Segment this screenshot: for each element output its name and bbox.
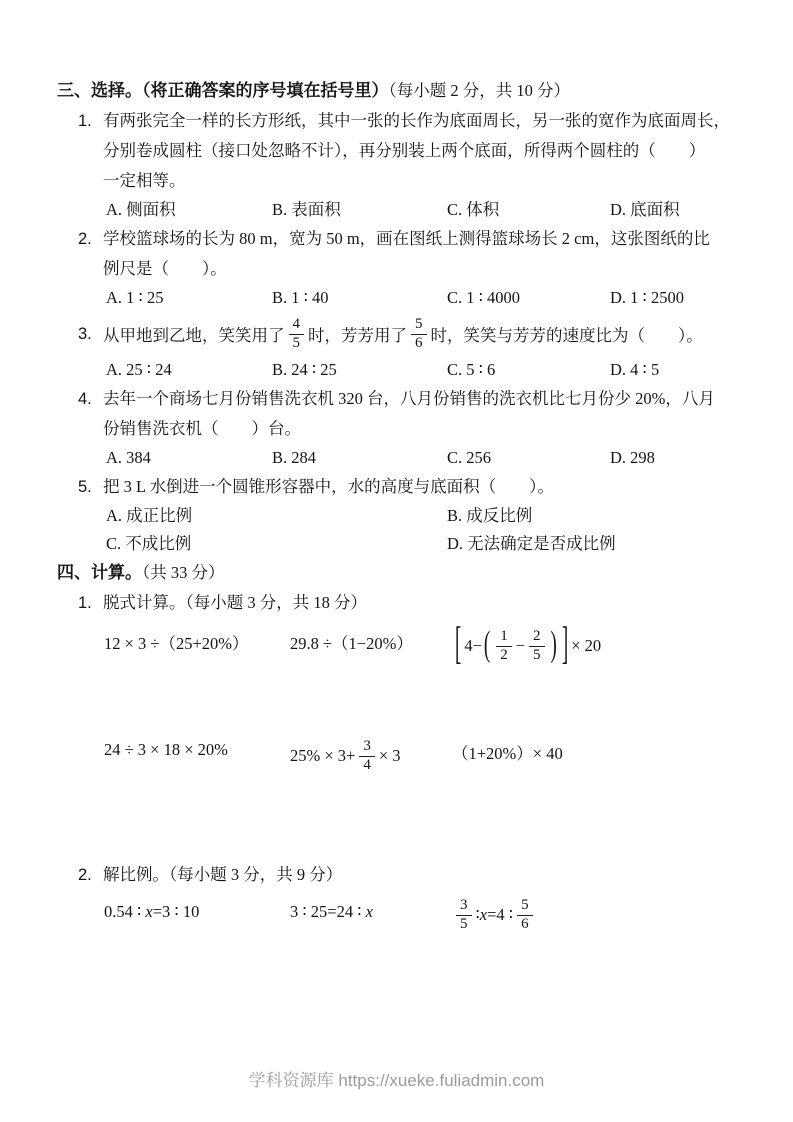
- calc-expressions-row-1: 12 × 3 ÷（25+20%） 29.8 ÷（1−20%） [ 4− ( 1 …: [0, 618, 793, 728]
- proportion-3-mid: =4 ∶: [487, 905, 513, 925]
- section-3-score-note: （每小题 2 分，共 10 分）: [389, 81, 571, 100]
- option-d: D. 298: [610, 444, 655, 472]
- option-d: D. 底面积: [610, 196, 680, 224]
- question-1: 1.有两张完全一样的长方形纸，其中一张的长作为底面周长，另一张的宽作为底面周长，…: [0, 106, 793, 224]
- option-c: C. 体积: [447, 196, 499, 224]
- fraction-4-5: 4 5: [289, 316, 305, 352]
- question-2: 2.学校篮球场的长为 80 m，宽为 50 m，画在图纸上测得篮球场长 2 cm…: [0, 224, 793, 312]
- option-a: A. 成正比例: [106, 502, 192, 530]
- subsection-2-title: 解比例。（每小题 3 分，共 9 分）: [103, 865, 342, 884]
- expression-5: 25% × 3+ 3 4 × 3: [290, 728, 401, 784]
- question-2-options: A. 1 ∶ 25 B. 1 ∶ 40 C. 1 ∶ 4000 D. 1 ∶ 2…: [0, 284, 793, 312]
- subsection-1-heading: 1.脱式计算。（每小题 3 分，共 18 分）: [0, 588, 793, 618]
- question-3-number: 3.: [78, 325, 103, 344]
- expression-3-tail: × 20: [571, 636, 601, 656]
- expression-3: [ 4− ( 1 2 − 2 5 ) ] × 20: [452, 618, 601, 674]
- question-3-text-3: 时，笑笑与芳芳的速度比为（ ）。: [431, 322, 703, 346]
- question-1-options: A. 侧面积 B. 表面积 C. 体积 D. 底面积: [0, 196, 793, 224]
- subsection-1-number: 1.: [78, 588, 103, 618]
- section-4-title: 四、计算。: [57, 563, 142, 582]
- question-3-line: 3. 从甲地到乙地，笑笑用了 4 5 时，芳芳用了 5 6 时，笑笑与芳芳的速度…: [0, 312, 793, 356]
- option-c: C. 1 ∶ 4000: [447, 284, 520, 312]
- expression-5-pre: 25% × 3+: [290, 746, 355, 766]
- question-1-line-2: 分别卷成圆柱（接口处忽略不计），再分别装上两个底面，所得两个圆柱的（ ）: [0, 136, 793, 166]
- question-1-line-3: 一定相等。: [0, 166, 793, 196]
- section-4-score-note: （共 33 分）: [142, 563, 225, 582]
- question-3-text-1: 从甲地到乙地，笑笑用了: [103, 322, 285, 346]
- question-5-text: 把 3 L 水倒进一个圆锥形容器中，水的高度与底面积（ ）。: [103, 477, 554, 496]
- proportion-1-post: =3 ∶ 10: [153, 902, 200, 921]
- section-3-title: 三、选择。（将正确答案的序号填在括号里）: [57, 81, 389, 100]
- subsection-2-heading: 2.解比例。（每小题 3 分，共 9 分）: [0, 860, 793, 890]
- option-d: D. 1 ∶ 2500: [610, 284, 684, 312]
- variable-x: x: [145, 902, 152, 921]
- minus-sign: −: [516, 636, 525, 656]
- proportion-2-pre: 3 ∶ 25=24 ∶: [290, 902, 366, 921]
- watermark-footer: 学科资源库 https://xueke.fuliadmin.com: [0, 1066, 793, 1091]
- option-b: B. 表面积: [272, 196, 341, 224]
- expression-1: 12 × 3 ÷（25+20%）: [104, 630, 249, 654]
- subsection-1-title: 脱式计算。（每小题 3 分，共 18 分）: [103, 593, 367, 612]
- fraction-2-5: 2 5: [529, 628, 545, 664]
- question-4-options: A. 384 B. 284 C. 256 D. 298: [0, 444, 793, 472]
- question-3-options: A. 25 ∶ 24 B. 24 ∶ 25 C. 5 ∶ 6 D. 4 ∶ 5: [0, 356, 793, 384]
- option-a: A. 侧面积: [106, 196, 176, 224]
- expression-2: 29.8 ÷（1−20%）: [290, 630, 413, 654]
- question-3-text-2: 时，芳芳用了: [308, 322, 407, 346]
- question-2-line-1: 2.学校篮球场的长为 80 m，宽为 50 m，画在图纸上测得篮球场长 2 cm…: [0, 224, 793, 254]
- open-bracket: [: [455, 620, 461, 673]
- option-a: A. 384: [106, 444, 151, 472]
- question-5-number: 5.: [78, 472, 103, 502]
- question-5-line-1: 5.把 3 L 水倒进一个圆锥形容器中，水的高度与底面积（ ）。: [0, 472, 793, 502]
- question-5-options-row-2: C. 不成比例 D. 无法确定是否成比例: [0, 530, 793, 558]
- proportion-1-pre: 0.54 ∶: [104, 902, 145, 921]
- option-d: D. 无法确定是否成比例: [447, 530, 616, 558]
- calc-expressions-row-2: 24 ÷ 3 × 18 × 20% 25% × 3+ 3 4 × 3 （1+20…: [0, 728, 793, 860]
- option-b: B. 24 ∶ 25: [272, 356, 337, 384]
- question-4-number: 4.: [78, 384, 103, 414]
- variable-x: x: [480, 905, 487, 925]
- option-b: B. 成反比例: [447, 502, 532, 530]
- option-d: D. 4 ∶ 5: [610, 356, 659, 384]
- expression-6: （1+20%）× 40: [452, 740, 563, 764]
- subsection-2-number: 2.: [78, 860, 103, 890]
- proportion-1: 0.54 ∶ x=3 ∶ 10: [104, 902, 199, 922]
- fraction-1-2: 1 2: [496, 628, 512, 664]
- proportion-2: 3 ∶ 25=24 ∶ x: [290, 902, 373, 922]
- proportions-row: 0.54 ∶ x=3 ∶ 10 3 ∶ 25=24 ∶ x 3 5 ∶ x =4…: [0, 890, 793, 940]
- question-4-text: 去年一个商场七月份销售洗衣机 320 台，八月份销售的洗衣机比七月份少 20%，…: [103, 389, 715, 408]
- fraction-3-5: 3 5: [456, 897, 472, 933]
- question-4-line-2: 份销售洗衣机（ ）台。: [0, 414, 793, 444]
- expression-3-lead: 4−: [464, 636, 482, 656]
- option-b: B. 1 ∶ 40: [272, 284, 329, 312]
- question-5: 5.把 3 L 水倒进一个圆锥形容器中，水的高度与底面积（ ）。 A. 成正比例…: [0, 472, 793, 558]
- fraction-5-6: 5 6: [411, 316, 427, 352]
- test-paper-page: 三、选择。（将正确答案的序号填在括号里）（每小题 2 分，共 10 分） 1.有…: [0, 0, 793, 1122]
- section-3-heading: 三、选择。（将正确答案的序号填在括号里）（每小题 2 分，共 10 分）: [0, 76, 793, 106]
- question-1-line-1: 1.有两张完全一样的长方形纸，其中一张的长作为底面周长，另一张的宽作为底面周长，: [0, 106, 793, 136]
- question-2-number: 2.: [78, 224, 103, 254]
- fraction-5-6: 5 6: [517, 897, 533, 933]
- question-4: 4.去年一个商场七月份销售洗衣机 320 台，八月份销售的洗衣机比七月份少 20…: [0, 384, 793, 472]
- question-1-number: 1.: [78, 106, 103, 136]
- option-c: C. 5 ∶ 6: [447, 356, 495, 384]
- close-bracket: ]: [562, 620, 568, 673]
- question-3: 3. 从甲地到乙地，笑笑用了 4 5 时，芳芳用了 5 6 时，笑笑与芳芳的速度…: [0, 312, 793, 384]
- variable-x: x: [366, 902, 373, 921]
- question-5-options-row-1: A. 成正比例 B. 成反比例: [0, 502, 793, 530]
- option-a: A. 1 ∶ 25: [106, 284, 163, 312]
- option-a: A. 25 ∶ 24: [106, 356, 172, 384]
- question-2-text: 学校篮球场的长为 80 m，宽为 50 m，画在图纸上测得篮球场长 2 cm，这…: [103, 229, 710, 248]
- open-paren: (: [484, 625, 490, 667]
- option-b: B. 284: [272, 444, 316, 472]
- fraction-3-4: 3 4: [359, 738, 375, 774]
- section-4-heading: 四、计算。（共 33 分）: [0, 558, 793, 588]
- option-c: C. 256: [447, 444, 491, 472]
- question-1-text: 有两张完全一样的长方形纸，其中一张的长作为底面周长，另一张的宽作为底面周长，: [103, 111, 730, 130]
- close-paren: ): [551, 625, 557, 667]
- expression-4: 24 ÷ 3 × 18 × 20%: [104, 740, 228, 760]
- proportion-3: 3 5 ∶ x =4 ∶ 5 6: [452, 890, 537, 940]
- expression-5-post: × 3: [379, 746, 401, 766]
- question-2-line-2: 例尺是（ ）。: [0, 254, 793, 284]
- question-4-line-1: 4.去年一个商场七月份销售洗衣机 320 台，八月份销售的洗衣机比七月份少 20…: [0, 384, 793, 414]
- option-c: C. 不成比例: [106, 530, 191, 558]
